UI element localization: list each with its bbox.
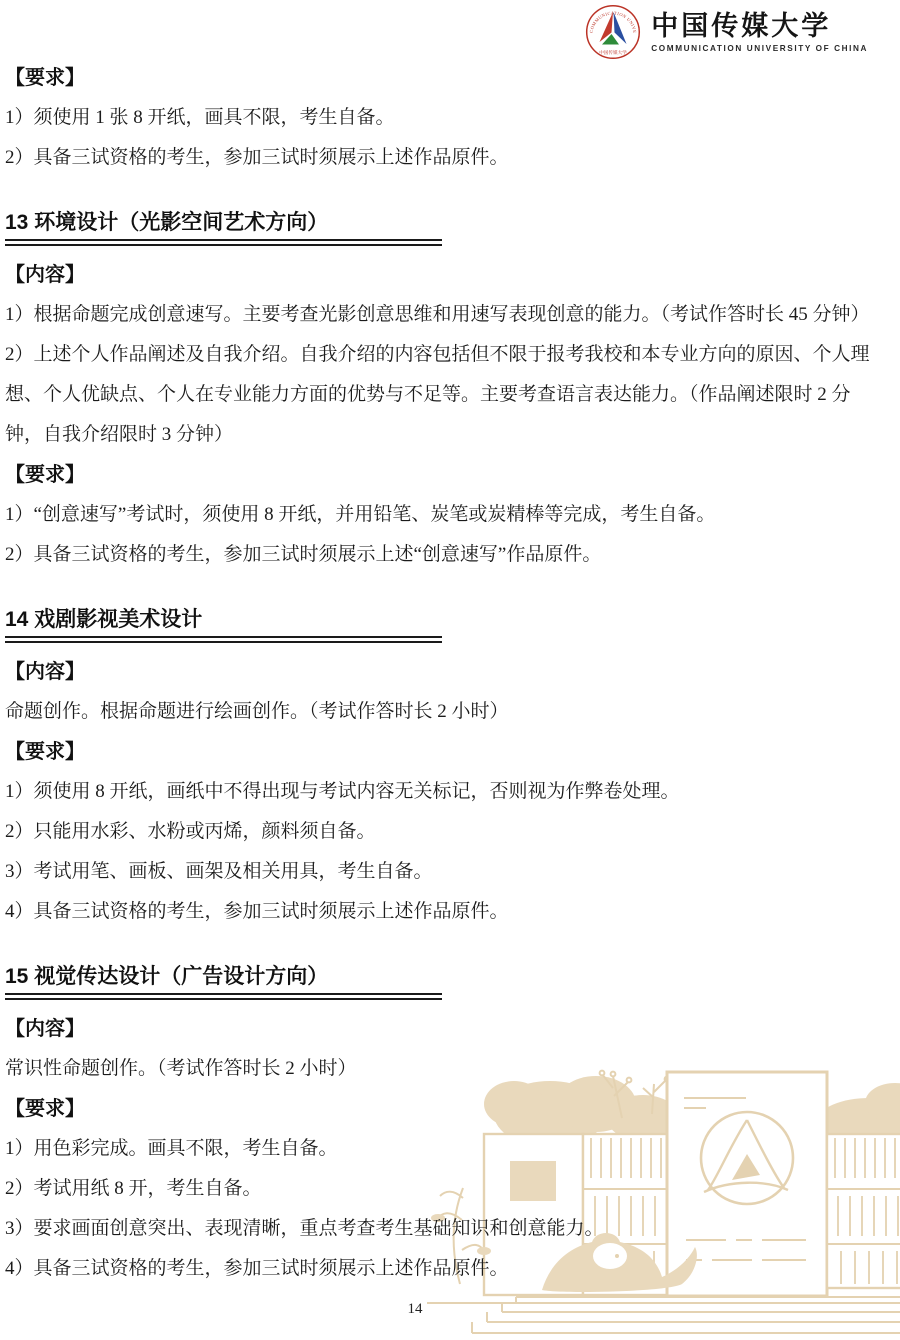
- content-paragraph: 常识性命题创作。（考试作答时长 2 小时）: [5, 1049, 876, 1089]
- content-paragraph: 命题创作。根据命题进行绘画创作。（考试作答时长 2 小时）: [5, 692, 876, 732]
- section-14-drama-film-art-design: 14 戏剧影视美术设计 【内容】 命题创作。根据命题进行绘画创作。（考试作答时长…: [5, 605, 876, 932]
- section-title-underline: 13 环境设计（光影空间艺术方向）: [5, 208, 442, 246]
- requirement-item: 4）具备三试资格的考生，参加三试时须展示上述作品原件。: [5, 1249, 876, 1289]
- content-label: 【内容】: [5, 255, 876, 295]
- requirement-item: 4）具备三试资格的考生，参加三试时须展示上述作品原件。: [5, 892, 876, 932]
- requirement-item: 3）要求画面创意突出、表现清晰，重点考查考生基础知识和创意能力。: [5, 1209, 876, 1249]
- document-content: 【要求】 1）须使用 1 张 8 开纸，画具不限，考生自备。 2）具备三试资格的…: [0, 58, 900, 1289]
- section-title: 15 视觉传达设计（广告设计方向）: [5, 962, 442, 992]
- section-13-environment-design: 13 环境设计（光影空间艺术方向） 【内容】 1）根据命题完成创意速写。主要考查…: [5, 208, 876, 575]
- requirement-item: 3）考试用笔、画板、画架及相关用具，考生自备。: [5, 852, 876, 892]
- page-number: 14: [0, 1301, 830, 1318]
- document-page: COMMUNICATION UNIVERSITY OF CHINA 中国传媒大学…: [0, 0, 900, 1340]
- requirement-item: 2）具备三试资格的考生，参加三试时须展示上述“创意速写”作品原件。: [5, 535, 876, 575]
- section-title: 13 环境设计（光影空间艺术方向）: [5, 208, 442, 238]
- university-name-en: COMMUNICATION UNIVERSITY OF CHINA: [651, 44, 868, 54]
- section-15-visual-communication-design: 15 视觉传达设计（广告设计方向） 【内容】 常识性命题创作。（考试作答时长 2…: [5, 962, 876, 1289]
- requirement-item: 1）须使用 1 张 8 开纸，画具不限，考生自备。: [5, 98, 876, 138]
- seal-bottom-text: 中国传媒大学: [600, 49, 628, 56]
- requirement-item: 2）具备三试资格的考生，参加三试时须展示上述作品原件。: [5, 138, 876, 178]
- requirement-item: 1）须使用 8 开纸，画纸中不得出现与考试内容无关标记，否则视为作弊卷处理。: [5, 772, 876, 812]
- university-seal-icon: COMMUNICATION UNIVERSITY OF CHINA 中国传媒大学: [584, 4, 642, 60]
- university-name-block: 中国传媒大学 COMMUNICATION UNIVERSITY OF CHINA: [651, 11, 868, 54]
- requirements-label: 【要求】: [5, 455, 876, 495]
- requirement-item: 2）考试用纸 8 开，考生自备。: [5, 1169, 876, 1209]
- requirements-label: 【要求】: [5, 58, 876, 98]
- section-title-underline: 14 戏剧影视美术设计: [5, 605, 442, 643]
- content-label: 【内容】: [5, 1009, 876, 1049]
- content-paragraph: 2）上述个人作品阐述及自我介绍。自我介绍的内容包括但不限于报考我校和本专业方向的…: [5, 335, 876, 455]
- requirements-label: 【要求】: [5, 732, 876, 772]
- university-name-cn: 中国传媒大学: [651, 11, 831, 41]
- requirement-item: 2）只能用水彩、水粉或丙烯，颜料须自备。: [5, 812, 876, 852]
- requirement-item: 1）用色彩完成。画具不限，考生自备。: [5, 1129, 876, 1169]
- requirement-item: 1）“创意速写”考试时，须使用 8 开纸，并用铅笔、炭笔或炭精棒等完成，考生自备…: [5, 495, 876, 535]
- page-header: COMMUNICATION UNIVERSITY OF CHINA 中国传媒大学…: [0, 0, 900, 58]
- requirements-label: 【要求】: [5, 1089, 876, 1129]
- content-label: 【内容】: [5, 652, 876, 692]
- section-title: 14 戏剧影视美术设计: [5, 605, 442, 635]
- content-paragraph: 1）根据命题完成创意速写。主要考查光影创意思维和用速写表现创意的能力。（考试作答…: [5, 295, 876, 335]
- section-title-underline: 15 视觉传达设计（广告设计方向）: [5, 962, 442, 1000]
- university-logo: COMMUNICATION UNIVERSITY OF CHINA 中国传媒大学…: [584, 4, 868, 60]
